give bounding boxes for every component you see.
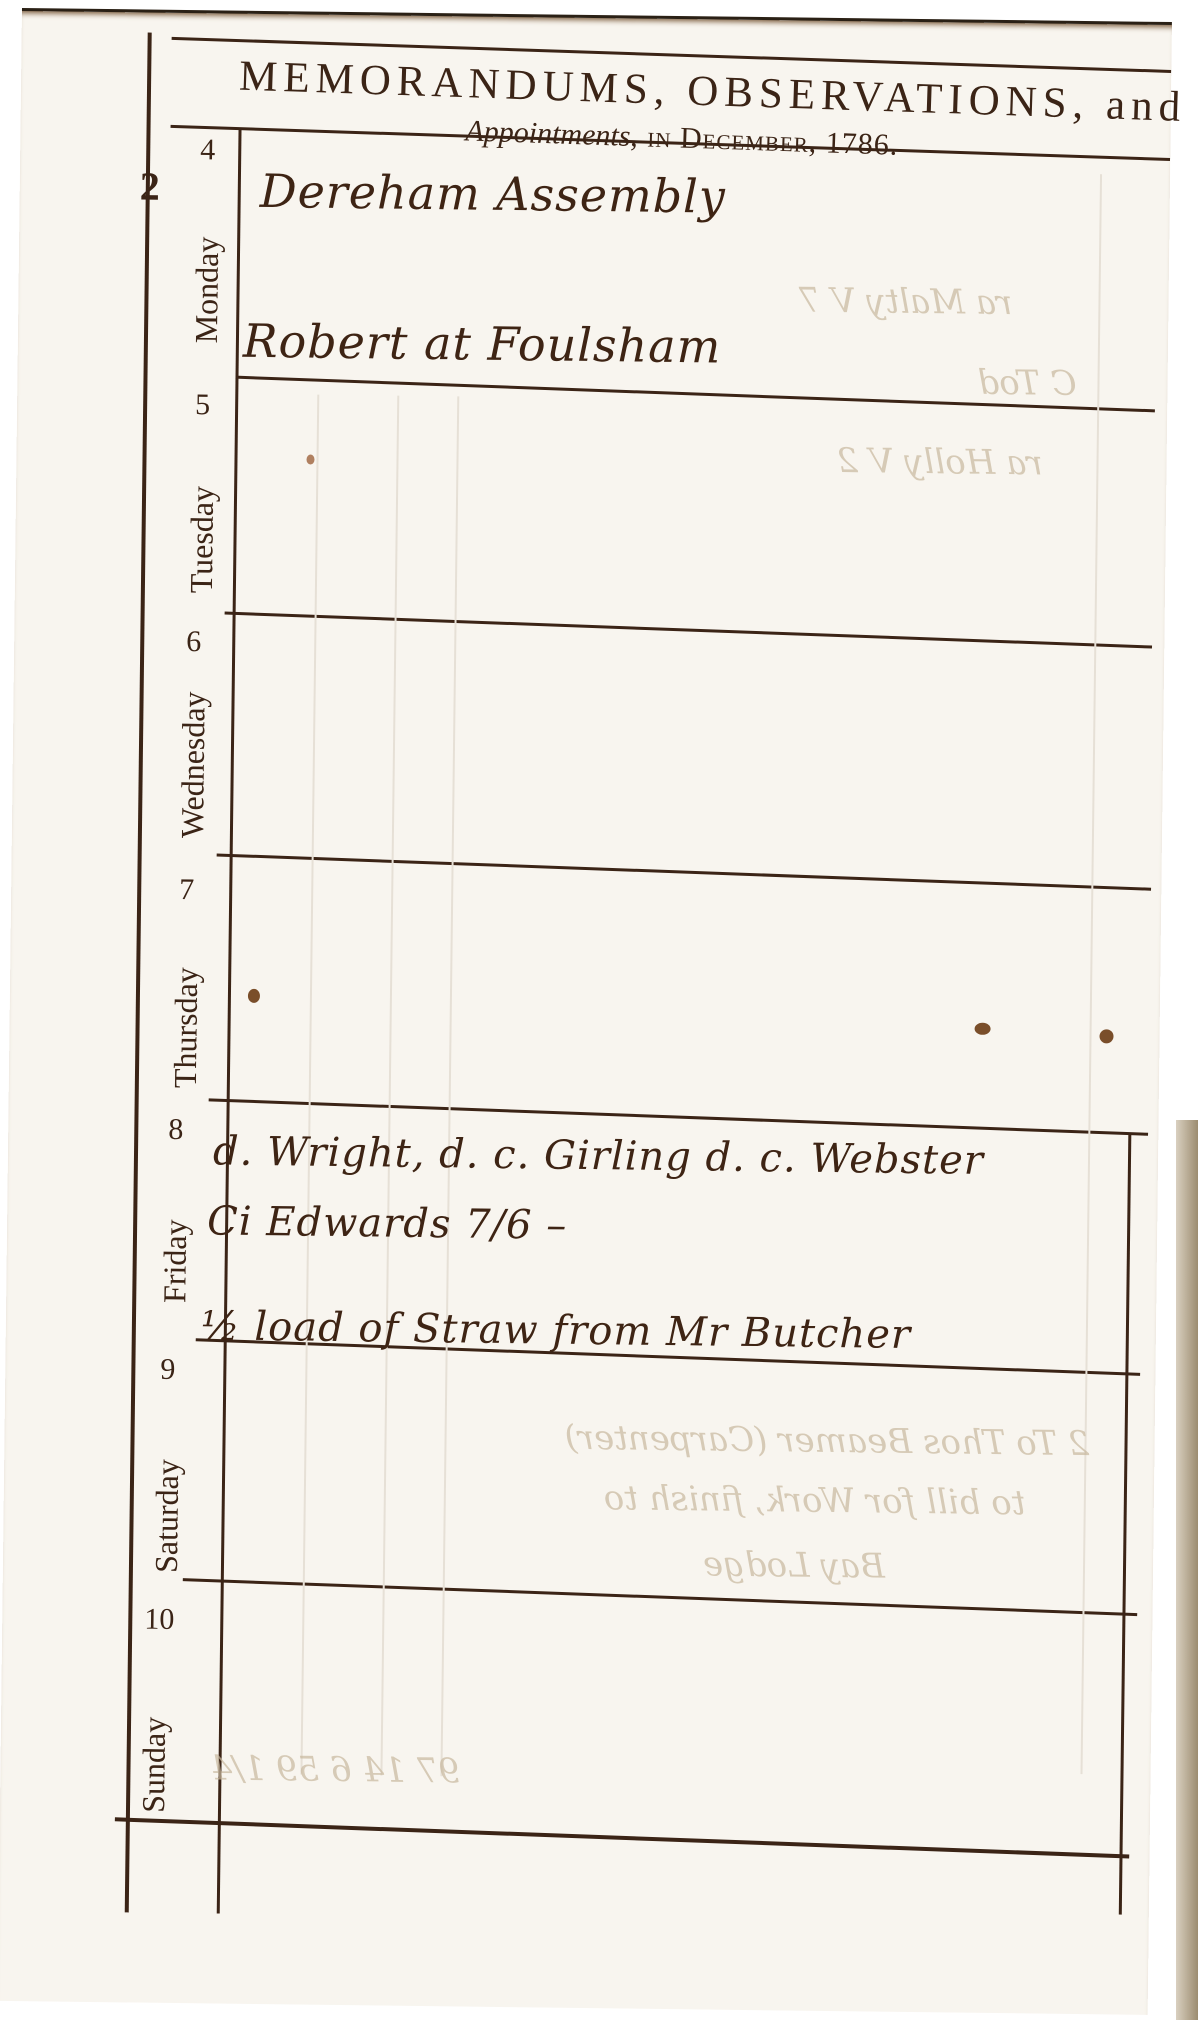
- day-number-6: 6: [186, 625, 201, 659]
- day-number-4: 4: [200, 133, 215, 167]
- bleed-through-3: ra Holly V 2: [836, 441, 1043, 484]
- bleed-through-5: to bill for Work, finish to: [604, 1478, 1026, 1523]
- ink-stain-3: [1099, 1029, 1113, 1043]
- entry-monday-2: Robert at Foulsham: [243, 314, 722, 374]
- day-label-thursday: Thursday: [167, 967, 205, 1088]
- day-number-5: 5: [195, 388, 210, 422]
- entry-friday-2: Ci Edwards 7/6 –: [207, 1198, 568, 1248]
- page-subtitle: Appointments, in December, 1786.: [465, 114, 899, 162]
- day-label-friday: Friday: [156, 1219, 194, 1303]
- day-number-7: 7: [179, 873, 194, 907]
- bleed-through-1: ra Malty V 7: [798, 281, 1012, 324]
- day-label-sunday: Sunday: [135, 1717, 173, 1813]
- subtitle-month-year: , in December, 1786.: [630, 120, 899, 162]
- entry-friday-3: ½ load of Straw from Mr Butcher: [201, 1303, 912, 1358]
- day-number-9: 9: [160, 1353, 175, 1387]
- bleed-through-2: C Tod: [977, 363, 1077, 404]
- day-label-monday: Monday: [188, 236, 226, 343]
- day-number-8: 8: [168, 1113, 183, 1147]
- day-label-saturday: Saturday: [148, 1459, 186, 1573]
- page-title: MEMORANDUMS, OBSERVATIONS, and: [238, 52, 1187, 132]
- day-label-wednesday: Wednesday: [174, 691, 213, 838]
- page-edge-shadow: [1176, 1120, 1198, 2020]
- ink-stain-4: [306, 455, 314, 465]
- day-label-tuesday: Tuesday: [183, 486, 221, 594]
- bleed-through-6: Bay Lodge: [703, 1544, 885, 1586]
- bleed-through-7: 97 14 6 59 1/4: [210, 1748, 460, 1791]
- ink-stain-1: [248, 989, 260, 1003]
- faint-column-3: [440, 396, 459, 1776]
- day-divider-9-10: [183, 1578, 1137, 1616]
- bleed-through-4: 2 To Thos Beamer (Carpenter): [564, 1418, 1089, 1464]
- frame-right-rule: [1119, 1135, 1132, 1915]
- faint-column-2: [380, 396, 399, 1776]
- day-divider-5-6: [225, 612, 1152, 649]
- diary-page: 2 MEMORANDUMS, OBSERVATIONS, and Appoint…: [0, 8, 1172, 2015]
- entry-friday-1: d. Wright, d. c. Girling d. c. Webster: [213, 1128, 984, 1183]
- faint-column-1: [300, 395, 319, 1775]
- day-column-rule: [217, 129, 242, 1914]
- day-divider-6-7: [217, 853, 1151, 890]
- ink-stain-2: [975, 1023, 991, 1035]
- frame-bottom-rule: [115, 1817, 1129, 1858]
- subtitle-appointments: Appointments: [465, 114, 631, 152]
- day-number-10: 10: [144, 1603, 174, 1637]
- entry-monday-1: Dereham Assembly: [259, 164, 726, 224]
- faint-column-4: [1081, 174, 1103, 1774]
